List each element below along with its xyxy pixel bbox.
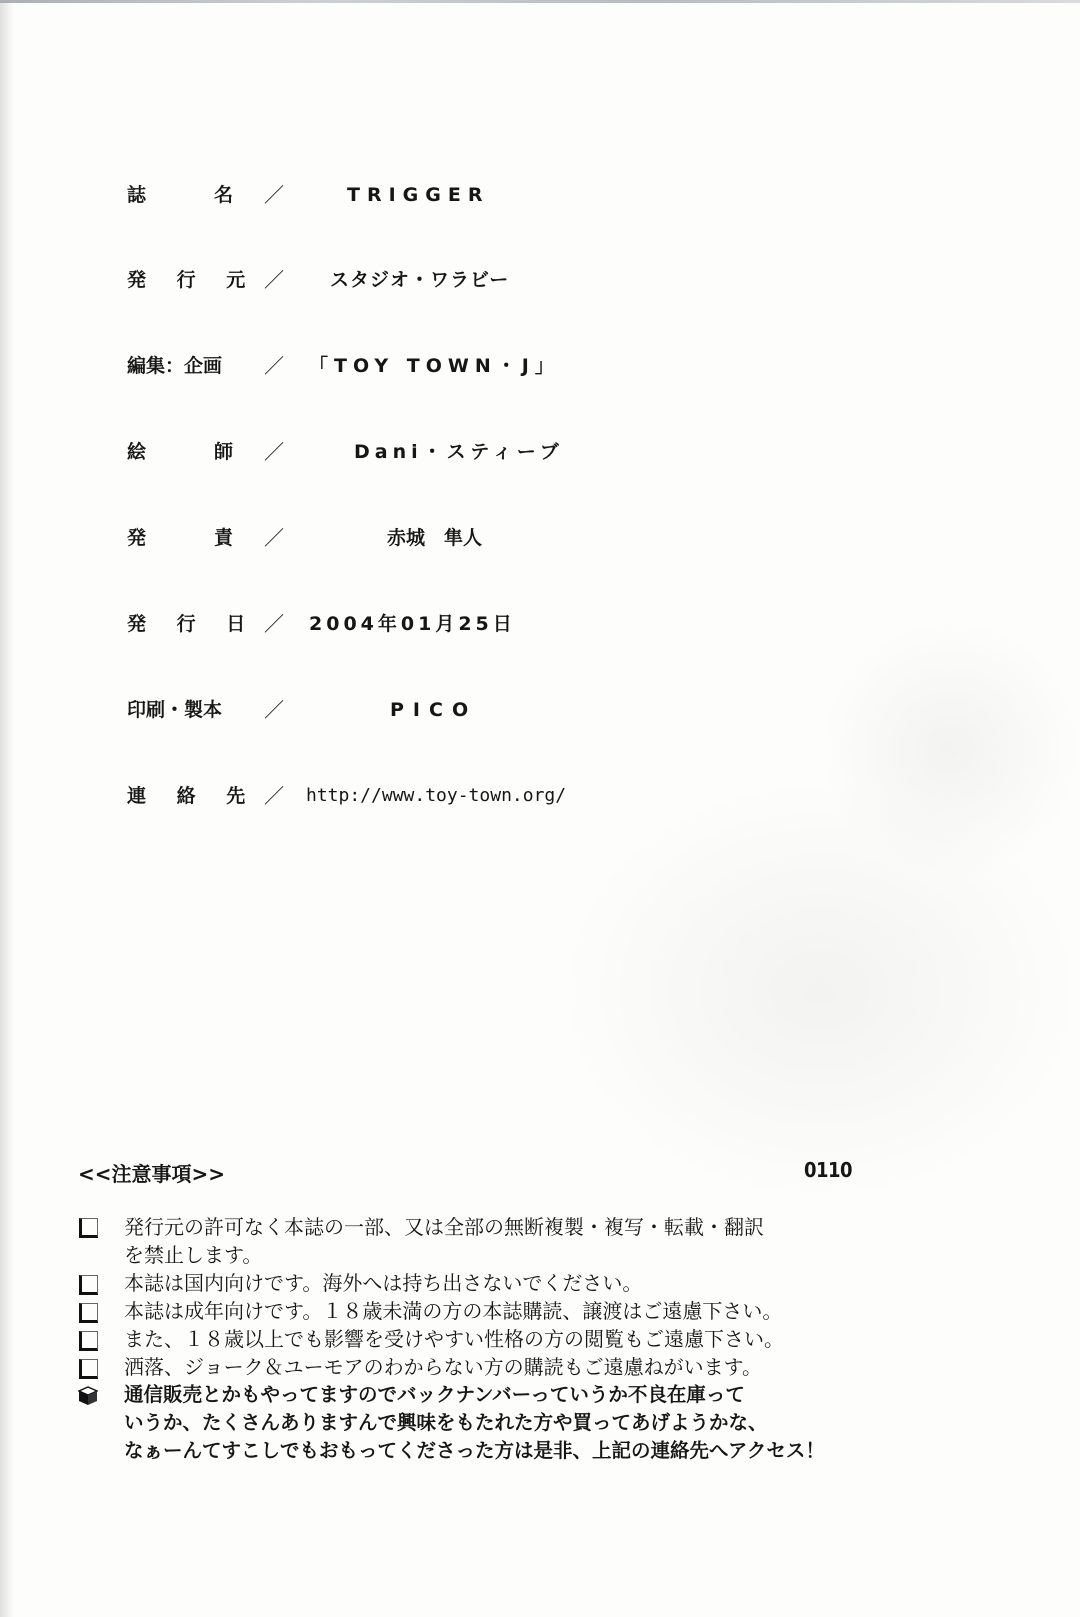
separator: ／ — [264, 351, 284, 381]
label-text: 発 責 — [127, 527, 243, 549]
notice-line: 洒落、ジョーク＆ユーモアのわからない方の購読もご遠慮ねがいます。 — [124, 1353, 762, 1381]
colophon-row-title: 誌 名 ／ TRIGGER — [0, 180, 1080, 210]
label-text: 誌 名 — [127, 184, 243, 206]
row-label: 発 行 日 — [127, 609, 257, 639]
label-text: 発 行 元 — [127, 269, 257, 291]
row-value: PICO — [390, 695, 477, 725]
checkbox-icon — [79, 1331, 98, 1351]
row-label: 発 責 — [127, 523, 243, 553]
row-value: 2004年01月25日 — [309, 609, 516, 639]
notice-line: また、１８歳以上でも影響を受けやすい性格の方の閲覧もご遠慮下さい。 — [124, 1325, 784, 1353]
separator: ／ — [264, 781, 284, 811]
row-label: 絵 師 — [127, 437, 243, 467]
row-label: 印刷・製本 — [127, 695, 222, 725]
separator: ／ — [264, 695, 284, 725]
notice-line: 通信販売とかもやってますのでバックナンバーっていうか不良在庫って — [124, 1381, 745, 1409]
checkbox-icon — [79, 1218, 98, 1238]
notice-line: なぁーんてすこしでもおもってくださった方は是非、上記の連絡先へアクセス！ — [124, 1437, 825, 1465]
page-code: 0110 — [804, 1158, 852, 1182]
colophon-row-publisher: 発 行 元 ／ スタジオ・ワラビー — [0, 265, 1080, 295]
contact-url[interactable]: http://www.toy-town.org/ — [306, 781, 566, 811]
checkbox-icon — [79, 1275, 98, 1295]
separator: ／ — [264, 437, 284, 467]
cube-icon — [78, 1386, 98, 1406]
colophon-row-printer: 印刷・製本 ／ PICO — [0, 695, 1080, 725]
notice-line: 本誌は国内向けです。海外へは持ち出さないでください。 — [124, 1269, 642, 1297]
paper-texture — [820, 620, 1080, 880]
row-value: Dani・スティーブ — [354, 437, 564, 467]
notice-line: いうか、たくさんありますんで興味をもたれた方や買ってあげようかな、 — [124, 1409, 768, 1437]
row-label: 発 行 元 — [127, 265, 257, 295]
colophon-row-contact: 連 絡 先 ／ http://www.toy-town.org/ — [0, 781, 1080, 811]
notice-line: 本誌は成年向けです。１８歳未満の方の本誌購読、譲渡はご遠慮下さい。 — [124, 1297, 782, 1325]
separator: ／ — [264, 265, 284, 295]
checkbox-icon — [79, 1359, 98, 1379]
label-text: 絵 師 — [127, 441, 243, 463]
colophon-row-responsible: 発 責 ／ 赤城 隼人 — [0, 523, 1080, 553]
label-text: 連 絡 先 — [127, 785, 257, 807]
separator: ／ — [264, 609, 284, 639]
row-value: TRIGGER — [347, 180, 489, 210]
row-value: 赤城 隼人 — [387, 523, 482, 553]
colophon-row-date: 発 行 日 ／ 2004年01月25日 — [0, 609, 1080, 639]
colophon-row-artist: 絵 師 ／ Dani・スティーブ — [0, 437, 1080, 467]
scan-edge-top — [0, 0, 1080, 3]
checkbox-icon — [79, 1303, 98, 1323]
row-label: 連 絡 先 — [127, 781, 257, 811]
notice-line: 発行元の許可なく本誌の一部、又は全部の無断複製・複写・転載・翻訳 — [124, 1213, 764, 1241]
notices-title: <<注意事項>> — [78, 1158, 225, 1187]
separator: ／ — [264, 523, 284, 553]
colophon-row-editor: 編集：企画 ／ 「TOY TOWN・J」 — [0, 351, 1080, 381]
row-label: 誌 名 — [127, 180, 243, 210]
row-value: 「TOY TOWN・J」 — [309, 351, 560, 381]
notice-line: を禁止します。 — [124, 1241, 262, 1269]
label-text: 発 行 日 — [127, 613, 257, 635]
separator: ／ — [264, 180, 284, 210]
row-value: スタジオ・ワラビー — [330, 265, 509, 295]
row-label: 編集：企画 — [127, 351, 222, 381]
